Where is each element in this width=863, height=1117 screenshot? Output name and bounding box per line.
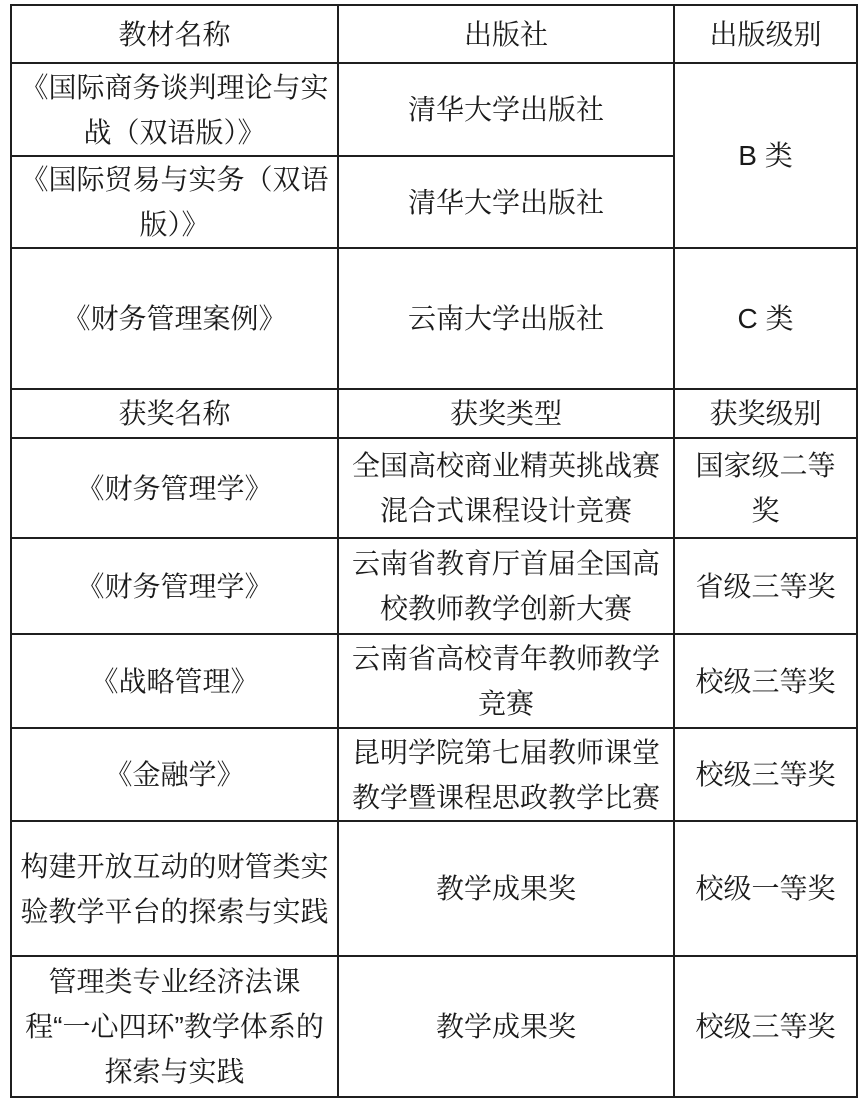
book-publisher: 清华大学出版社 bbox=[338, 63, 674, 156]
award-name: 构建开放互动的财管类实验教学平台的探索与实践 bbox=[11, 821, 338, 956]
book-name: 《国际商务谈判理论与实战（双语版）》 bbox=[11, 63, 338, 156]
award-level: 校级三等奖 bbox=[674, 634, 857, 728]
award-type: 云南省高校青年教师教学竞赛 bbox=[338, 634, 674, 728]
award-name: 《金融学》 bbox=[11, 728, 338, 821]
award-level: 国家级二等奖 bbox=[674, 438, 857, 538]
award-name: 《财务管理学》 bbox=[11, 538, 338, 634]
book-publisher: 清华大学出版社 bbox=[338, 156, 674, 248]
book-row: 《国际商务谈判理论与实战（双语版）》 清华大学出版社 B 类 bbox=[11, 63, 857, 156]
award-row: 管理类专业经济法课程“一心四环”教学体系的探索与实践 教学成果奖 校级三等奖 bbox=[11, 956, 857, 1097]
award-row: 《财务管理学》 全国高校商业精英挑战赛混合式课程设计竞赛 国家级二等奖 bbox=[11, 438, 857, 538]
award-name: 《财务管理学》 bbox=[11, 438, 338, 538]
award-row: 构建开放互动的财管类实验教学平台的探索与实践 教学成果奖 校级一等奖 bbox=[11, 821, 857, 956]
award-type: 教学成果奖 bbox=[338, 956, 674, 1097]
books-header-name: 教材名称 bbox=[11, 5, 338, 63]
book-name: 《国际贸易与实务（双语版）》 bbox=[11, 156, 338, 248]
book-row: 《财务管理案例》 云南大学出版社 C 类 bbox=[11, 248, 857, 389]
book-level-merged-b: B 类 bbox=[674, 63, 857, 248]
awards-header-type: 获奖类型 bbox=[338, 389, 674, 438]
book-level-c: C 类 bbox=[674, 248, 857, 389]
books-header-publisher: 出版社 bbox=[338, 5, 674, 63]
award-name: 管理类专业经济法课程“一心四环”教学体系的探索与实践 bbox=[11, 956, 338, 1097]
book-name: 《财务管理案例》 bbox=[11, 248, 338, 389]
books-header-row: 教材名称 出版社 出版级别 bbox=[11, 5, 857, 63]
award-level: 校级三等奖 bbox=[674, 728, 857, 821]
award-row: 《金融学》 昆明学院第七届教师课堂教学暨课程思政教学比赛 校级三等奖 bbox=[11, 728, 857, 821]
award-type: 教学成果奖 bbox=[338, 821, 674, 956]
award-name: 《战略管理》 bbox=[11, 634, 338, 728]
award-row: 《财务管理学》 云南省教育厅首届全国高校教师教学创新大赛 省级三等奖 bbox=[11, 538, 857, 634]
award-level: 校级一等奖 bbox=[674, 821, 857, 956]
award-level: 校级三等奖 bbox=[674, 956, 857, 1097]
award-type: 云南省教育厅首届全国高校教师教学创新大赛 bbox=[338, 538, 674, 634]
award-level: 省级三等奖 bbox=[674, 538, 857, 634]
teaching-achievements-table: 教材名称 出版社 出版级别 《国际商务谈判理论与实战（双语版）》 清华大学出版社… bbox=[10, 4, 858, 1098]
book-publisher: 云南大学出版社 bbox=[338, 248, 674, 389]
award-row: 《战略管理》 云南省高校青年教师教学竞赛 校级三等奖 bbox=[11, 634, 857, 728]
books-header-level: 出版级别 bbox=[674, 5, 857, 63]
awards-header-level: 获奖级别 bbox=[674, 389, 857, 438]
awards-header-row: 获奖名称 获奖类型 获奖级别 bbox=[11, 389, 857, 438]
award-type: 昆明学院第七届教师课堂教学暨课程思政教学比赛 bbox=[338, 728, 674, 821]
awards-header-name: 获奖名称 bbox=[11, 389, 338, 438]
award-type: 全国高校商业精英挑战赛混合式课程设计竞赛 bbox=[338, 438, 674, 538]
